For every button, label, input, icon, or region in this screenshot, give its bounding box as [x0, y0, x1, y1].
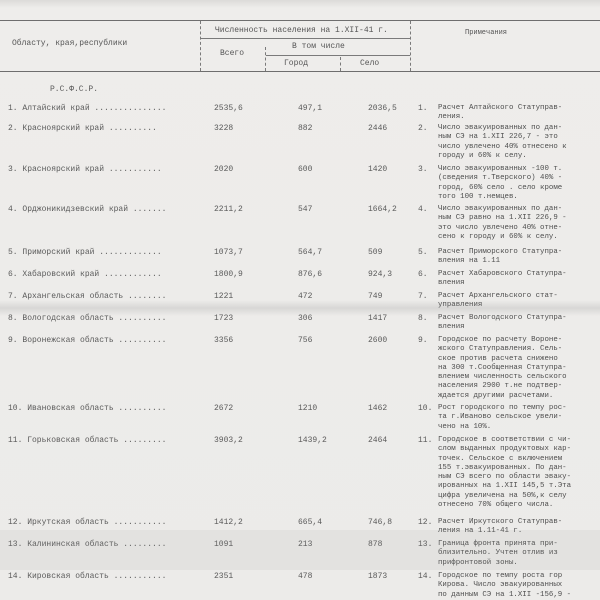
region-name: 14. Кировская область ...........	[8, 572, 166, 581]
rural-value: 924,3	[368, 270, 392, 279]
note-number: 13.	[418, 540, 432, 549]
city-value: 1210	[298, 404, 317, 413]
rural-value: 1664,2	[368, 205, 397, 214]
region-name: 5. Приморский край .............	[8, 248, 162, 257]
total-value: 1412,2	[214, 518, 243, 527]
rural-value: 1417	[368, 314, 387, 323]
note-number: 2.	[418, 124, 428, 133]
city-value: 564,7	[298, 248, 322, 257]
note-number: 4.	[418, 205, 428, 214]
note-text: Расчет Архангельского стат- управления	[438, 292, 600, 311]
city-value: 213	[298, 540, 312, 549]
note-number: 11.	[418, 436, 432, 445]
rural-value: 2464	[368, 436, 387, 445]
total-value: 1221	[214, 292, 233, 301]
note-text: Расчет Иркутского Статуправ- ления на 1.…	[438, 518, 600, 537]
city-value: 1439,2	[298, 436, 327, 445]
region-name: 10. Ивановская область ..........	[8, 404, 166, 413]
note-number: 10.	[418, 404, 432, 413]
note-number: 6.	[418, 270, 428, 279]
region-name: 6. Хабаровский край ............	[8, 270, 162, 279]
rural-value: 2446	[368, 124, 387, 133]
note-number: 7.	[418, 292, 428, 301]
region-name: 12. Иркутская область ...........	[8, 518, 166, 527]
total-value: 1073,7	[214, 248, 243, 257]
note-text: Число эвакуированных по дан- ным СЭ равн…	[438, 205, 600, 242]
region-name: 3. Красноярский край ...........	[8, 165, 162, 174]
region-name: 4. Орджоникидзевский край .......	[8, 205, 166, 214]
rural-value: 1462	[368, 404, 387, 413]
rural-value: 2600	[368, 336, 387, 345]
city-value: 478	[298, 572, 312, 581]
city-value: 306	[298, 314, 312, 323]
table-body: Р.С.Ф.С.Р. 1. Алтайский край ...........…	[0, 0, 600, 600]
note-text: Городское в соответствии с чи- слом выда…	[438, 436, 600, 510]
note-number: 8.	[418, 314, 428, 323]
total-value: 2535,6	[214, 104, 243, 113]
rural-value: 749	[368, 292, 382, 301]
city-value: 882	[298, 124, 312, 133]
note-number: 3.	[418, 165, 428, 174]
total-value: 3903,2	[214, 436, 243, 445]
region-name: 1. Алтайский край ...............	[8, 104, 166, 113]
note-number: 14.	[418, 572, 432, 581]
note-text: Число эвакуированных по дан- ным СЭ на 1…	[438, 124, 600, 161]
note-text: Расчет Хабаровского Статупра- вления	[438, 270, 600, 289]
total-value: 1800,9	[214, 270, 243, 279]
note-text: Рост городского по темпу рос- та г.Ивано…	[438, 404, 600, 432]
region-name: 2. Красноярский край ..........	[8, 124, 157, 133]
note-number: 5.	[418, 248, 428, 257]
city-value: 756	[298, 336, 312, 345]
region-name: 8. Вологодская область ..........	[8, 314, 166, 323]
rural-value: 746,8	[368, 518, 392, 527]
city-value: 497,1	[298, 104, 322, 113]
total-value: 2351	[214, 572, 233, 581]
rural-value: 509	[368, 248, 382, 257]
city-value: 472	[298, 292, 312, 301]
note-text: Городское по расчету Вороне- жского Стат…	[438, 336, 600, 401]
city-value: 876,6	[298, 270, 322, 279]
region-name: 9. Воронежская область ..........	[8, 336, 166, 345]
rural-value: 878	[368, 540, 382, 549]
city-value: 547	[298, 205, 312, 214]
rural-value: 1420	[368, 165, 387, 174]
note-text: Расчет Вологодского Статупра- вления	[438, 314, 600, 333]
region-name: 7. Архангельская область ........	[8, 292, 166, 301]
total-value: 2211,2	[214, 205, 243, 214]
note-text: Расчет Приморского Статупра- вления на 1…	[438, 248, 600, 267]
region-name: 13. Калининская область .........	[8, 540, 166, 549]
total-value: 3356	[214, 336, 233, 345]
note-number: 12.	[418, 518, 432, 527]
rural-value: 1873	[368, 572, 387, 581]
note-text: Граница фронта принята при- близительно.…	[438, 540, 600, 568]
total-value: 3228	[214, 124, 233, 133]
city-value: 600	[298, 165, 312, 174]
note-number: 1.	[418, 104, 428, 113]
total-value: 1723	[214, 314, 233, 323]
city-value: 665,4	[298, 518, 322, 527]
note-text: Расчет Алтайского Статуправ- ления.	[438, 104, 600, 123]
note-text: Городское по темпу роста гор Кирова. Чис…	[438, 572, 600, 600]
section-heading-rsfsr: Р.С.Ф.С.Р.	[50, 85, 98, 94]
note-number: 9.	[418, 336, 428, 345]
total-value: 2020	[214, 165, 233, 174]
document-page: Областу, края,республики Численность нас…	[0, 0, 600, 600]
total-value: 2672	[214, 404, 233, 413]
region-name: 11. Горьковская область .........	[8, 436, 166, 445]
note-text: Число эвакуированных -100 т. (сведения т…	[438, 165, 600, 202]
total-value: 1091	[214, 540, 233, 549]
rural-value: 2036,5	[368, 104, 397, 113]
